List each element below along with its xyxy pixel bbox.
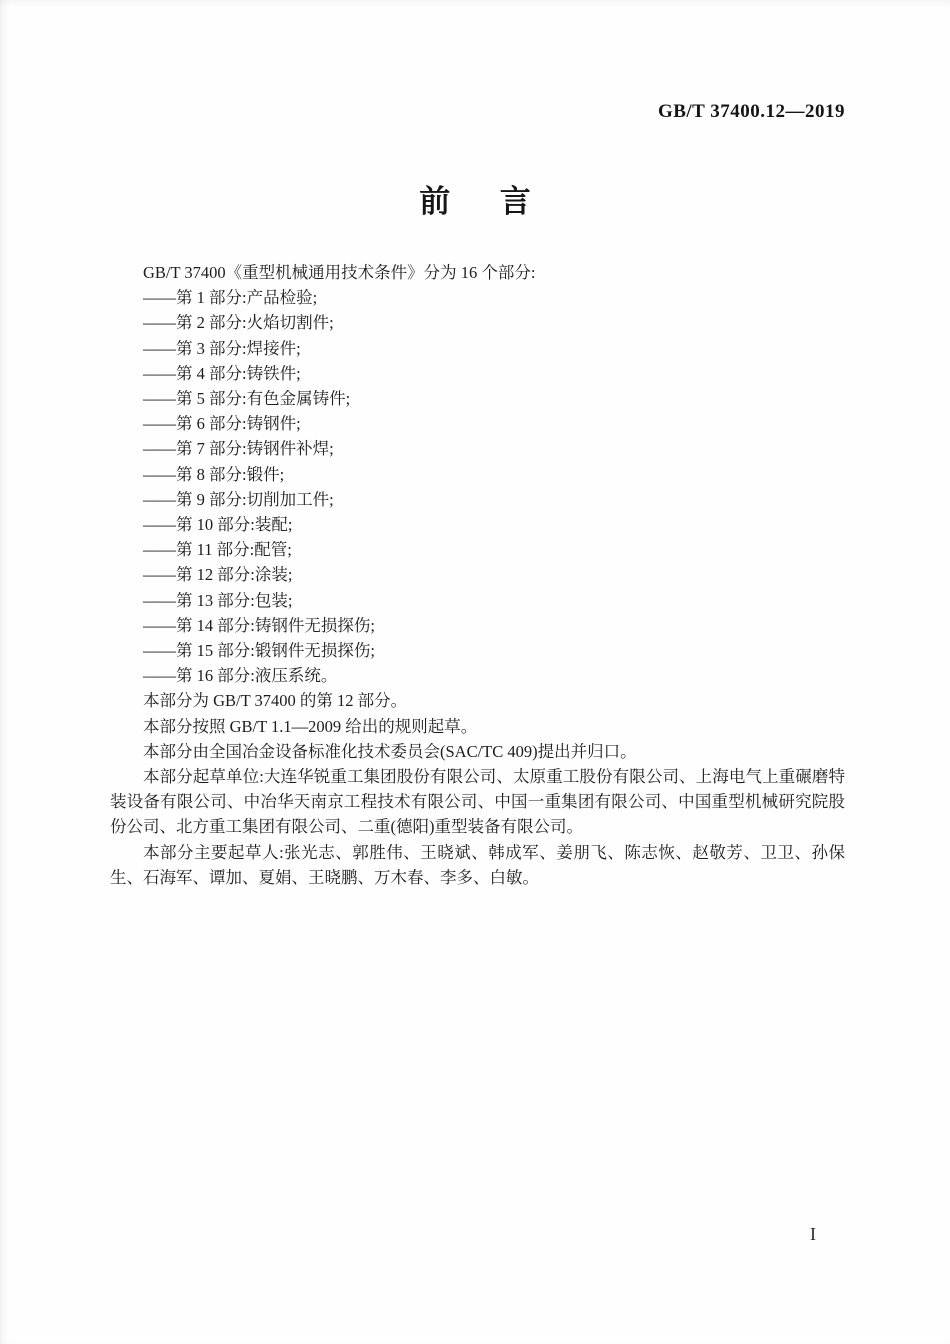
page-number: I xyxy=(810,1224,816,1245)
part-list-item: ——第 16 部分:液压系统。 xyxy=(110,663,845,688)
part-list-item: ——第 1 部分:产品检验; xyxy=(110,285,845,310)
page-title: 前言 xyxy=(0,176,950,221)
part-list-item: ——第 5 部分:有色金属铸件; xyxy=(110,386,845,411)
part-list-item: ——第 13 部分:包装; xyxy=(110,588,845,613)
document-page: GB/T 37400.12—2019 前言 GB/T 37400《重型机械通用技… xyxy=(0,0,950,1344)
part-list-item: ——第 2 部分:火焰切割件; xyxy=(110,310,845,335)
part-list-item: ——第 11 部分:配管; xyxy=(110,537,845,562)
part-list-item: ——第 15 部分:锻钢件无损探伤; xyxy=(110,638,845,663)
part-list-item: ——第 3 部分:焊接件; xyxy=(110,336,845,361)
part-list-item: ——第 7 部分:铸钢件补焊; xyxy=(110,436,845,461)
foreword-paragraph: 本部分主要起草人:张光志、郭胜伟、王晓斌、韩成军、姜朋飞、陈志恢、赵敬芳、卫卫、… xyxy=(110,840,845,890)
part-list-item: ——第 4 部分:铸铁件; xyxy=(110,361,845,386)
part-list-item: ——第 8 部分:锻件; xyxy=(110,462,845,487)
part-list-item: ——第 12 部分:涂装; xyxy=(110,562,845,587)
foreword-paragraph: 本部分按照 GB/T 1.1—2009 给出的规则起草。 xyxy=(110,714,845,739)
standard-code: GB/T 37400.12—2019 xyxy=(658,101,845,123)
part-list-item: ——第 10 部分:装配; xyxy=(110,512,845,537)
foreword-intro: GB/T 37400《重型机械通用技术条件》分为 16 个部分: xyxy=(110,260,845,285)
part-list-item: ——第 9 部分:切削加工件; xyxy=(110,487,845,512)
parts-list: ——第 1 部分:产品检验;——第 2 部分:火焰切割件;——第 3 部分:焊接… xyxy=(110,285,845,688)
foreword-paragraphs: 本部分为 GB/T 37400 的第 12 部分。本部分按照 GB/T 1.1—… xyxy=(110,688,845,890)
foreword-body: GB/T 37400《重型机械通用技术条件》分为 16 个部分: ——第 1 部… xyxy=(110,260,845,890)
part-list-item: ——第 14 部分:铸钢件无损探伤; xyxy=(110,613,845,638)
foreword-paragraph: 本部分由全国冶金设备标准化技术委员会(SAC/TC 409)提出并归口。 xyxy=(110,739,845,764)
foreword-paragraph: 本部分起草单位:大连华锐重工集团股份有限公司、太原重工股份有限公司、上海电气上重… xyxy=(110,764,845,840)
foreword-paragraph: 本部分为 GB/T 37400 的第 12 部分。 xyxy=(110,688,845,713)
part-list-item: ——第 6 部分:铸钢件; xyxy=(110,411,845,436)
